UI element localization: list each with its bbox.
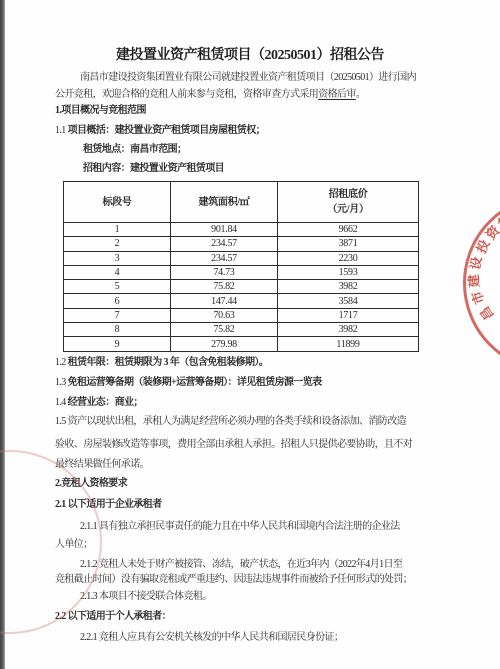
document-title: 建投置业资产租赁项目（20250501）招租公告 [0,44,500,64]
intro-line-2-end: 。 [356,89,365,100]
item-2-2-1: 2.2.1 竞租人应具有公安机关核发的中华人民共和国居民身份证； [80,631,343,644]
bid-sections-table: 标段号 建筑面积/㎡ 招租底价（元/月） 1901.849662 2234.57… [63,181,419,352]
intro-line-1: 南昌市建设投资集团置业有限公司就建投置业资产租赁项目（20250501）进行国内 [80,71,416,84]
item-2-2: 2.2 以下适用于个人承租者： [55,610,171,623]
table-row: 1901.849662 [64,223,419,237]
item-1-1-text: 项目概括：建投置业资产租赁项目房屋租赁权； [68,125,265,136]
item-1-4-text: 经营业态：商业； [68,397,143,408]
item-1-2-text: 租赁年限：租赁期限为 3 年（包含免租装修期）。 [68,357,269,368]
item-1-2-number: 1.2 [55,357,68,368]
table-row: 770.631717 [64,308,419,322]
table-row: 2234.573871 [64,237,419,251]
header-building-area: 建筑面积/㎡ [171,182,278,223]
item-2-1-2-line-2: 竞租截止时间）没有骗取竞租或严重违约、因违法违规事件而被给予任何形式的处罚； [55,573,412,586]
document-page: { "document": { "title": "建投置业资产租赁项目（202… [0,0,500,669]
table-row: 6147.443584 [64,294,419,308]
item-1-3-text: 免租运营筹备期（装修期+运营筹备期）：详见租赁房源一览表 [68,377,322,388]
item-1-1: 1.1 项目概括：建投置业资产租赁项目房屋租赁权； [55,124,265,137]
intro-line-2: 公开竞租，欢迎合格的竞租人前来参与竞租，资格审查方式采用资格后审。 [55,88,365,101]
item-2-1-1-line-1: 2.1.1 具有独立承担民事责任的能力且在中华人民共和国境内合法注册的企业法 [80,520,400,533]
item-1-5-line-3: 最终结果做任何承诺。 [55,458,149,471]
item-1-1-number: 1.1 [55,125,68,136]
table-row: 9279.9811899 [64,337,419,351]
item-1-2: 1.2 租赁年限：租赁期限为 3 年（包含免租装修期）。 [55,356,268,369]
item-1-4: 1.4 经营业态：商业； [55,396,143,409]
item-1-5-line-2: 验收、房屋装修改造等事项，费用全部由承租人承担。招租人只提供必要协助，且不对 [55,438,412,451]
table-row: 575.823982 [64,280,419,294]
intro-line-2-pre: 公开竞租，欢迎合格的竞租人前来参与竞租，资格审查方式采用 [55,89,318,100]
table-header-row: 标段号 建筑面积/㎡ 招租底价（元/月） [64,182,419,223]
table-row: 474.731593 [64,265,419,279]
item-1-5-line-1: 1.5 资产以现状出租，承租人为满足经营所必须办理的各类手续和设备添加、消防改造 [55,415,406,428]
item-2-1-3: 2.1.3 本项目不接受联合体竞租。 [80,590,212,603]
header-section-number: 标段号 [64,182,171,223]
table-row: 875.823982 [64,323,419,337]
item-1-3-number: 1.3 [55,377,68,388]
qualification-review-underlined-text: 资格后审 [318,89,356,100]
header-base-rent: 招租底价（元/月） [278,182,419,223]
item-1-3: 1.3 免租运营筹备期（装修期+运营筹备期）：详见租赁房源一览表 [55,376,322,389]
lease-content: 招租内容：建投置业资产租赁项目 [83,162,224,175]
table-row: 3234.572230 [64,251,419,265]
lease-location: 租赁地点：南昌市范围； [83,143,186,156]
section1-heading: 1.项目概况与竞租范围 [55,104,146,117]
seal-character: 建 [463,274,483,289]
item-1-4-number: 1.4 [55,397,68,408]
item-2-1-2-line-1: 2.1.2 竞租人未处于财产被接管、冻结，破产状态，在近3年内（2022年4月1… [80,558,402,571]
